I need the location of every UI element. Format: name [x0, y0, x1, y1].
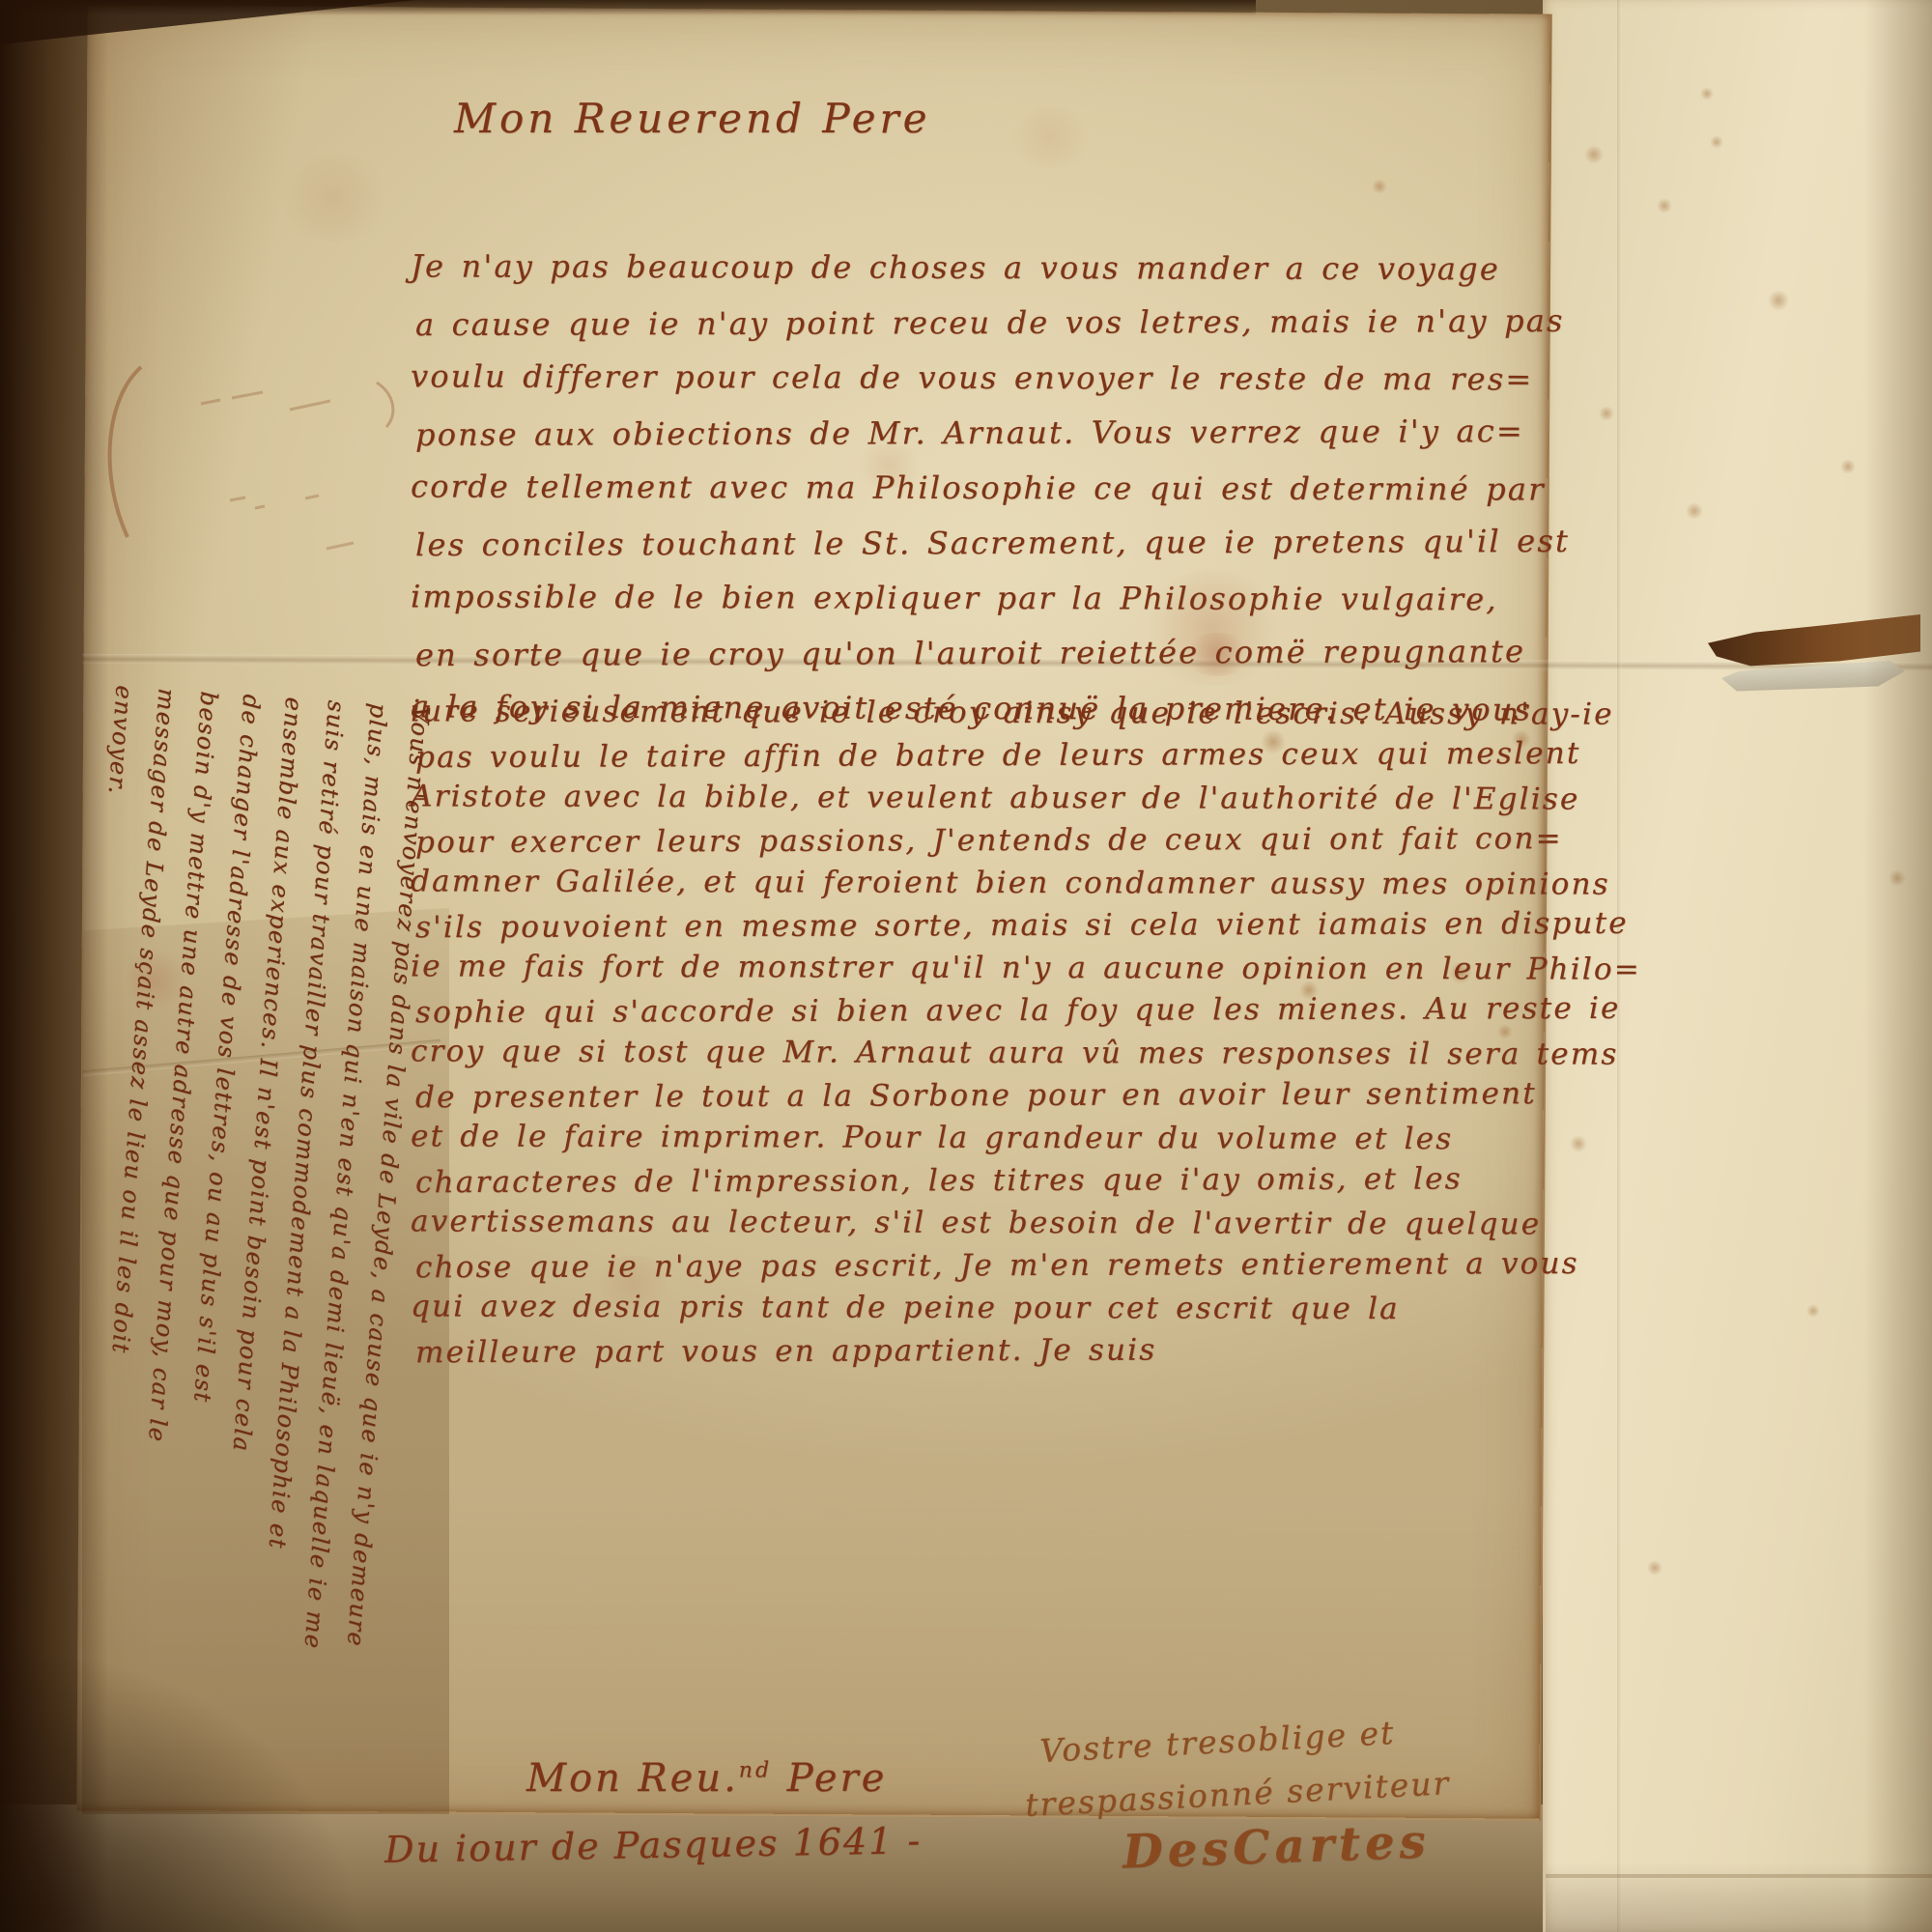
letter-line: meilleure part vous en appartient. Je su… — [415, 1331, 1641, 1378]
letter-line: chose que ie n'aye pas escrit, Je m'en r… — [415, 1246, 1641, 1293]
letter-line: Je n'ay pas beaucoup de choses a vous ma… — [411, 247, 1570, 305]
letter-line: s'ils pouvoient en mesme sorte, mais si … — [415, 906, 1641, 952]
letter-line: iure serieusement que ie le croy ainsy q… — [411, 694, 1641, 739]
letter-line: avertissemans au lecteur, s'il est besoi… — [411, 1204, 1641, 1249]
faint-archival-marks — [85, 355, 413, 558]
foxing-spot — [1584, 145, 1604, 164]
photo-bottom-left-corner — [0, 1565, 464, 1932]
letter-line: pour exercer leurs passions, J'entends d… — [415, 821, 1641, 867]
salutation: Mon Reuerend Pere — [454, 95, 930, 142]
letter-line: ponse aux obiections de Mr. Arnaut. Vous… — [415, 412, 1570, 471]
letter-line: qui avez desia pris tant de peine pour c… — [411, 1289, 1641, 1334]
foxing-spot — [1806, 1304, 1820, 1318]
closing-address: Mon Reu.nd Pere — [526, 1756, 887, 1801]
foxing-spot — [1372, 179, 1387, 194]
foxing-spot — [1647, 1560, 1662, 1576]
ink-stain — [1005, 106, 1096, 169]
foxing-spot — [1700, 87, 1714, 100]
letter-line: characteres de l'impression, les titres … — [415, 1161, 1641, 1207]
letter-line: corde tellement avec ma Philosophie ce q… — [411, 468, 1570, 526]
letter-line: Aristote avec la bible, et veulent abuse… — [411, 779, 1641, 824]
signature-descartes: DesCartes — [1122, 1814, 1431, 1879]
ink-stain — [270, 155, 396, 241]
closing-address-rest: Pere — [772, 1756, 887, 1801]
letter-line: voulu differer pour cela de vous envoyer… — [411, 357, 1570, 415]
letter-body-upper: Je n'ay pas beaucoup de choses a vous ma… — [411, 249, 1570, 745]
closing-address-main: Mon Reu. — [526, 1756, 739, 1801]
letter-body-lower: iure serieusement que ie le croy ainsy q… — [411, 696, 1641, 1376]
closing-address-superscript: nd — [739, 1759, 772, 1783]
letter-line: ie me fais fort de monstrer qu'il n'y a … — [411, 949, 1641, 994]
letter-line: impossible de le bien expliquer par la P… — [411, 578, 1570, 636]
letter-line: les conciles touchant le St. Sacrement, … — [415, 523, 1570, 582]
letter-line: sophie qui s'accorde si bien avec la foy… — [415, 991, 1641, 1037]
photo-right-edge-shadow — [1864, 0, 1932, 1932]
letter-line: a cause que ie n'ay point receu de vos l… — [415, 302, 1570, 361]
manuscript-photograph: Mon Reuerend Pere Je n'ay pas beaucoup d… — [0, 0, 1932, 1932]
letter-line: croy que si tost que Mr. Arnaut aura vû … — [411, 1034, 1641, 1079]
foxing-spot — [1768, 290, 1789, 311]
foxing-spot — [1710, 135, 1723, 149]
letter-line: pas voulu le taire affin de batre de leu… — [415, 736, 1641, 782]
letter-line: et de le faire imprimer. Pour la grandeu… — [411, 1119, 1641, 1164]
letter-line: damner Galilée, et qui feroient bien con… — [411, 864, 1641, 909]
letter-line: en sorte que ie croy qu'on l'auroit reie… — [415, 633, 1570, 692]
foxing-spot — [1840, 459, 1856, 474]
letter-line: de presenter le tout a la Sorbone pour e… — [415, 1076, 1641, 1122]
foxing-spot — [1657, 198, 1672, 213]
foxing-spot — [1599, 406, 1614, 421]
foxing-spot — [1686, 502, 1703, 520]
